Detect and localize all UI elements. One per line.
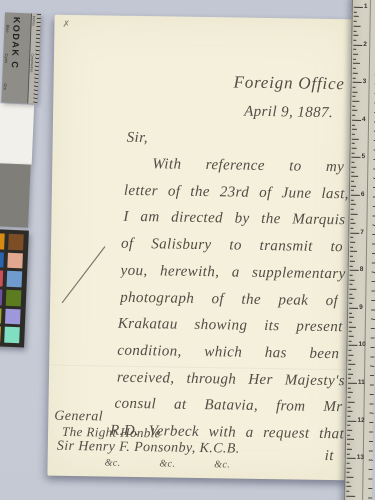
ruler-minor-tick <box>347 434 350 435</box>
ruler-minor-tick <box>349 289 356 290</box>
ruler-minor-tick <box>348 359 351 360</box>
ruler-major-tick <box>353 44 362 45</box>
color-patch-orange <box>0 233 4 249</box>
ruler-minor-tick <box>350 279 355 280</box>
ruler-minor-tick <box>352 152 355 153</box>
recipient-name: Sir Henry F. Ponsonby, K.C.B. <box>57 439 240 458</box>
color-patch-brown <box>8 234 24 250</box>
kodak-ruler-ticks <box>33 14 41 104</box>
color-patch-mint <box>4 327 20 343</box>
pencil-mark: ✗ <box>62 19 70 30</box>
ruler-minor-tick <box>347 463 350 464</box>
ruler-minor-tick <box>351 171 354 172</box>
ruler-major-tick <box>347 420 356 421</box>
ruler-minor-tick <box>351 176 358 177</box>
ruler-minor-tick <box>349 331 352 332</box>
letter-line: photograph of the peak of <box>120 289 338 314</box>
ruler-minor-tick <box>350 246 353 247</box>
ruler-number: 5 <box>361 154 365 160</box>
ruler-minor-tick <box>348 402 355 403</box>
ruler-minor-tick <box>352 124 355 125</box>
letter-line: received, through Her Majesty's <box>117 369 345 395</box>
letter-line: of Salisbury to transmit to <box>121 236 343 261</box>
ruler-minor-tick <box>347 439 354 440</box>
color-patch-lavender <box>4 308 20 324</box>
calibration-strip: Blue Cyan Gre KODAK C Inches Centimetres <box>0 12 44 348</box>
ruler-minor-tick <box>350 265 353 266</box>
letterhead-place: Foreign Office <box>233 72 344 94</box>
ruler-major-tick <box>348 383 357 384</box>
ruler-minor-tick <box>348 350 351 351</box>
ruler-minor-tick <box>350 228 353 229</box>
letterhead-date: April 9, 1887. <box>244 104 333 122</box>
color-patch-blue <box>0 252 3 268</box>
letter-line: consul at Batavia, from Mr <box>114 396 342 422</box>
ruler-minor-tick <box>352 129 357 130</box>
ruler-minor-tick <box>348 373 353 374</box>
ruler-minor-tick <box>348 378 351 379</box>
kodak-color-control-card: Blue Cyan Gre KODAK C Inches Centimetres <box>1 12 41 103</box>
ruler-minor-tick <box>352 91 357 92</box>
ruler-minor-tick <box>354 21 357 22</box>
ruler-minor-tick <box>351 185 356 186</box>
ruler-major-tick <box>353 82 362 83</box>
ruler-minor-tick <box>351 181 354 182</box>
ruler-number: 3 <box>363 79 367 85</box>
kodak-ruler-cm-label: Centimetres <box>30 54 35 73</box>
ruler-minor-tick <box>349 312 352 313</box>
kodak-label-green: Gre <box>3 83 7 90</box>
ruler-major-tick <box>351 195 360 196</box>
ruler-minor-tick <box>353 68 356 69</box>
ruler-minor-tick <box>347 453 350 454</box>
ruler-minor-tick <box>351 214 358 215</box>
ruler-minor-tick <box>349 284 352 285</box>
ruler-number: 9 <box>359 305 363 311</box>
ruler-minor-tick <box>353 87 356 88</box>
ruler-minor-tick <box>353 73 358 74</box>
ruler-minor-tick <box>346 477 353 478</box>
letter-line: condition, which has been <box>117 343 339 368</box>
salutation: Sir, <box>127 130 148 147</box>
ruler-minor-tick <box>347 449 352 450</box>
ruler-minor-tick <box>353 35 358 36</box>
letter-line: Krakatau showing its present <box>118 316 343 342</box>
ruler-major-tick <box>350 270 359 271</box>
ruler-minor-tick <box>347 472 350 473</box>
ruler-minor-tick <box>352 101 359 102</box>
ruler-minor-tick <box>347 416 350 417</box>
ruler-minor-tick <box>353 30 356 31</box>
color-patch-olive-green <box>5 290 21 306</box>
color-patch-yellow-green <box>0 308 1 324</box>
grey-calibration-patch <box>0 163 31 228</box>
ruler-minor-tick <box>348 392 353 393</box>
ruler-major-tick <box>346 496 355 497</box>
kodak-card-ruler: Inches Centimetres <box>27 14 41 104</box>
kodak-brand-label: KODAK C <box>8 17 22 103</box>
ruler-minor-tick <box>353 58 356 59</box>
ruler-major-tick <box>349 345 358 346</box>
color-patch-light-blue <box>6 271 22 287</box>
ruler-minor-tick <box>352 115 355 116</box>
ruler-number: 1 <box>364 4 368 10</box>
ruler-minor-tick <box>352 148 357 149</box>
kodak-ruler-inches-label: Inches <box>31 16 35 26</box>
ruler-minor-tick <box>349 326 356 327</box>
color-patch-crimson <box>0 270 3 286</box>
letter-document: ✗ Foreign Office April 9, 1887. Sir, Wit… <box>47 15 355 481</box>
ruler-minor-tick <box>348 397 351 398</box>
ruler-minor-tick <box>354 16 359 17</box>
ruler-minor-tick <box>352 143 355 144</box>
ruler-minor-tick <box>354 11 357 12</box>
ruler-minor-tick <box>349 298 354 299</box>
kodak-label-blue: Blue <box>5 25 9 33</box>
catchword: it <box>325 448 334 465</box>
ruler-minor-tick <box>348 387 351 388</box>
ruler-number: 7 <box>360 230 364 236</box>
ruler-minor-tick <box>351 218 354 219</box>
ruler-major-tick <box>352 120 361 121</box>
ruler-minor-tick <box>351 204 356 205</box>
ruler-minor-tick <box>354 26 361 27</box>
ruler-number: 4 <box>362 117 366 123</box>
ruler-minor-tick <box>350 275 353 276</box>
ruler-minor-tick <box>349 340 352 341</box>
ruler-major-tick <box>354 7 363 8</box>
ruler-minor-tick <box>347 411 352 412</box>
ruler-minor-tick <box>347 425 350 426</box>
etcetera-marks: &c. &c. &c. <box>105 458 231 471</box>
ruler-minor-tick <box>351 209 354 210</box>
ruler-minor-tick <box>353 49 356 50</box>
ruler-minor-tick <box>349 293 352 294</box>
ruler-major-tick <box>351 157 360 158</box>
ruler-minor-tick <box>351 190 354 191</box>
ruler-minor-tick <box>351 199 354 200</box>
ruler-number: 2 <box>363 42 367 48</box>
ruler-number: 6 <box>361 192 365 198</box>
ruler-major-tick <box>349 308 358 309</box>
ruler-minor-tick <box>348 406 351 407</box>
color-patch-purple <box>0 289 2 305</box>
ruler-minor-tick <box>346 481 349 482</box>
ruler-minor-tick <box>349 303 352 304</box>
color-patch-salmon <box>7 252 23 268</box>
ruler-minor-tick <box>349 317 354 318</box>
ruler-minor-tick <box>351 162 354 163</box>
ruler-minor-tick <box>348 369 351 370</box>
ruler-minor-tick <box>346 486 351 487</box>
ruler-minor-tick <box>351 167 356 168</box>
ruler-number: 8 <box>360 267 364 273</box>
ruler-minor-tick <box>348 355 353 356</box>
ruler-minor-tick <box>350 242 355 243</box>
color-patch-card <box>0 229 29 348</box>
ruler-minor-tick <box>352 138 359 139</box>
ruler-minor-tick <box>353 40 356 41</box>
ruler-minor-tick <box>352 96 355 97</box>
ruler-minor-tick <box>350 256 353 257</box>
ruler-minor-tick <box>352 110 357 111</box>
ruler-minor-tick <box>353 63 360 64</box>
letter-line: letter of the 23rd of June last, <box>124 182 349 208</box>
color-patch-grid <box>0 233 24 343</box>
white-calibration-patch <box>0 103 34 165</box>
ruler-minor-tick <box>353 77 356 78</box>
letter-line: I am directed by the Marquis <box>123 209 345 234</box>
letter-body: With reference to myletter of the 23rd o… <box>55 15 356 20</box>
ruler-minor-tick <box>350 261 355 262</box>
ruler-minor-tick <box>347 467 352 468</box>
ruler-minor-tick <box>353 54 358 55</box>
letter-line: With reference to my <box>152 156 344 181</box>
photographed-letter-scene: Blue Cyan Gre KODAK C Inches Centimetres… <box>0 0 375 500</box>
ruler-minor-tick <box>352 105 355 106</box>
kodak-label-cyan: Cyan <box>4 53 8 63</box>
ruler-minor-tick <box>347 430 352 431</box>
ruler-minor-tick <box>348 364 355 365</box>
ruler-minor-tick <box>352 134 355 135</box>
ruler-minor-tick <box>347 444 350 445</box>
ruler-minor-tick <box>350 237 353 238</box>
ruler-major-tick <box>350 232 359 233</box>
letter-line: you, herewith, a supplementary <box>120 263 345 289</box>
ruler-major-tick <box>347 458 356 459</box>
ruler-minor-tick <box>350 223 355 224</box>
ruler-minor-tick <box>350 251 357 252</box>
ruler-minor-tick <box>349 322 352 323</box>
ruler-minor-tick <box>349 336 354 337</box>
ruler-minor-tick <box>346 491 349 492</box>
